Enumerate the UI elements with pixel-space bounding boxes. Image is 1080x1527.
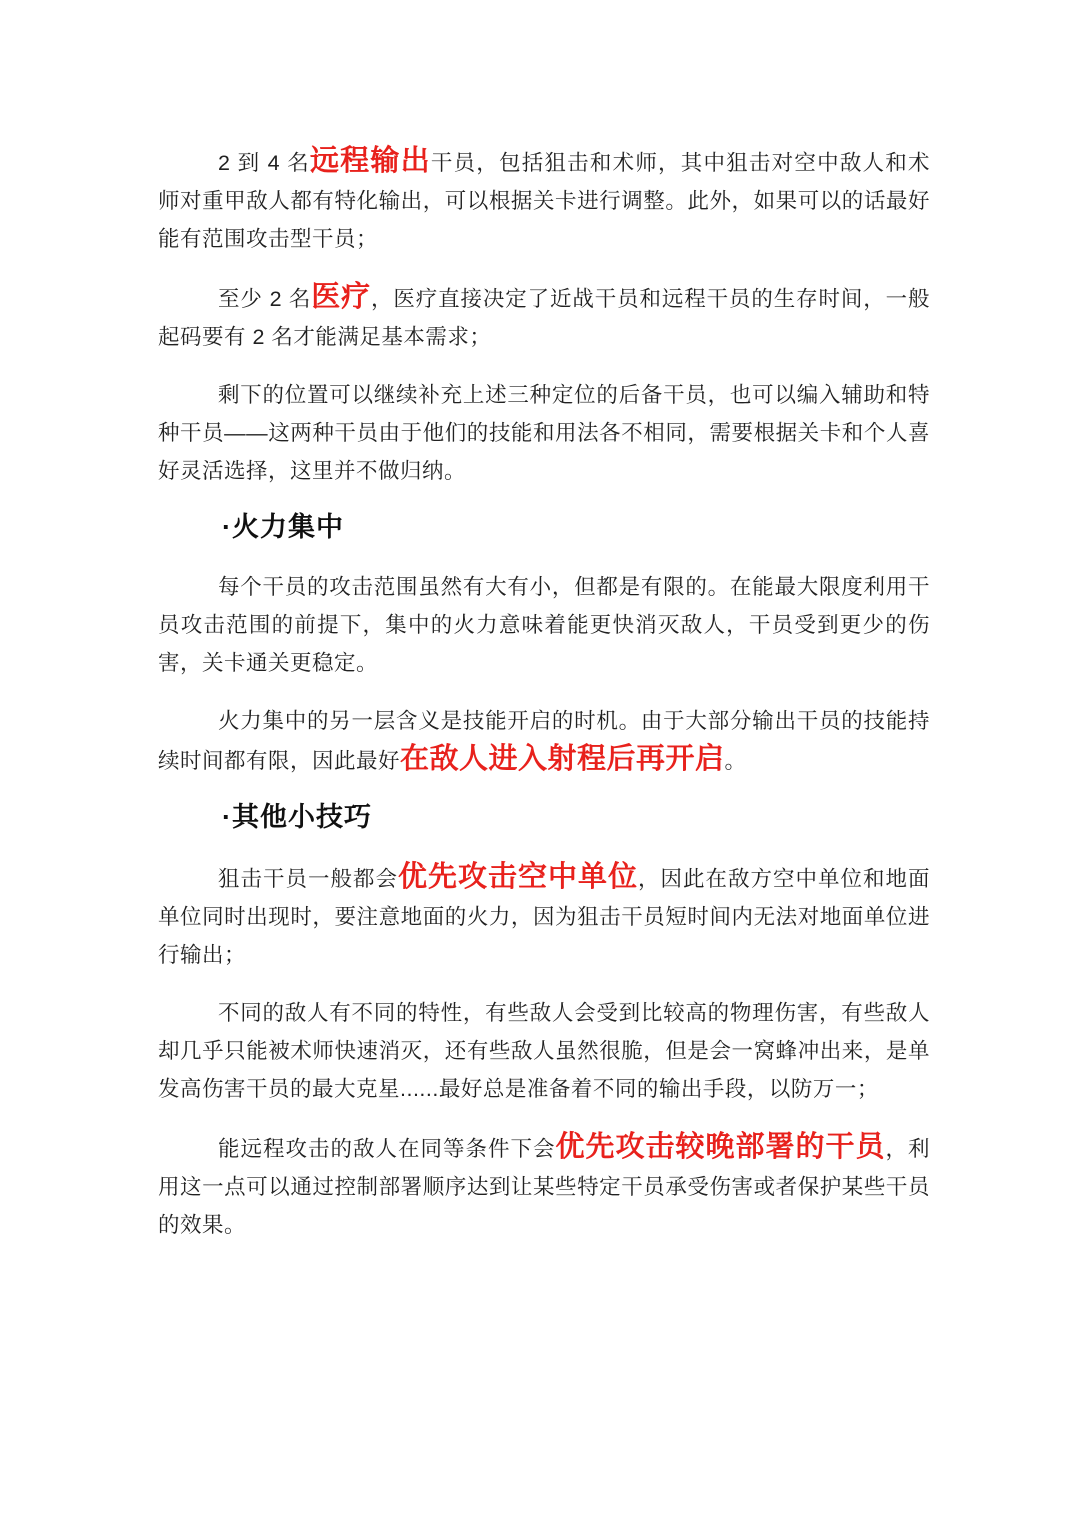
paragraph: 至少 2 名医疗，医疗直接决定了近战干员和远程干员的生存时间，一般起码要有 2 … xyxy=(158,278,930,356)
body-text: 剩下的位置可以继续补充上述三种定位的后备干员，也可以编入辅助和特种干员——这两种… xyxy=(158,383,930,483)
paragraph: 剩下的位置可以继续补充上述三种定位的后备干员，也可以编入辅助和特种干员——这两种… xyxy=(158,376,930,490)
heading-text: ·其他小技巧 xyxy=(222,802,372,832)
red-highlight-text: 医疗 xyxy=(311,281,371,313)
heading-text: ·火力集中 xyxy=(222,512,344,542)
body-text: 至少 2 名 xyxy=(218,287,311,311)
paragraph: 狙击干员一般都会优先攻击空中单位，因此在敌方空中单位和地面单位同时出现时，要注意… xyxy=(158,858,930,974)
document-body: 2 到 4 名远程输出干员，包括狙击和术师，其中狙击对空中敌人和术师对重甲敌人都… xyxy=(158,142,930,1244)
document-page: 2 到 4 名远程输出干员，包括狙击和术师，其中狙击对空中敌人和术师对重甲敌人都… xyxy=(0,0,1080,1527)
red-highlight-text: 优先攻击较晚部署的干员 xyxy=(555,1131,885,1163)
body-text: 每个干员的攻击范围虽然有大有小，但都是有限的。在能最大限度利用干员攻击范围的前提… xyxy=(158,575,930,675)
paragraph: 每个干员的攻击范围虽然有大有小，但都是有限的。在能最大限度利用干员攻击范围的前提… xyxy=(158,568,930,682)
paragraph: 能远程攻击的敌人在同等条件下会优先攻击较晚部署的干员，利用这一点可以通过控制部署… xyxy=(158,1128,930,1244)
paragraph: 不同的敌人有不同的特性，有些敌人会受到比较高的物理伤害，有些敌人却几乎只能被术师… xyxy=(158,994,930,1108)
body-text: 不同的敌人有不同的特性，有些敌人会受到比较高的物理伤害，有些敌人却几乎只能被术师… xyxy=(158,1001,930,1101)
red-highlight-text: 优先攻击空中单位 xyxy=(398,861,638,893)
body-text: 能远程攻击的敌人在同等条件下会 xyxy=(218,1137,555,1161)
body-text: 。 xyxy=(725,749,747,773)
body-text: 2 到 4 名 xyxy=(218,151,310,175)
red-highlight-text: 在敌人进入射程后再开启 xyxy=(400,743,725,775)
body-text: 狙击干员一般都会 xyxy=(218,867,398,891)
paragraph: 火力集中的另一层含义是技能开启的时机。由于大部分输出干员的技能持续时间都有限，因… xyxy=(158,702,930,780)
paragraph: 2 到 4 名远程输出干员，包括狙击和术师，其中狙击对空中敌人和术师对重甲敌人都… xyxy=(158,142,930,258)
section-heading: ·其他小技巧 xyxy=(158,800,930,834)
red-highlight-text: 远程输出 xyxy=(310,145,431,177)
section-heading: ·火力集中 xyxy=(158,510,930,544)
